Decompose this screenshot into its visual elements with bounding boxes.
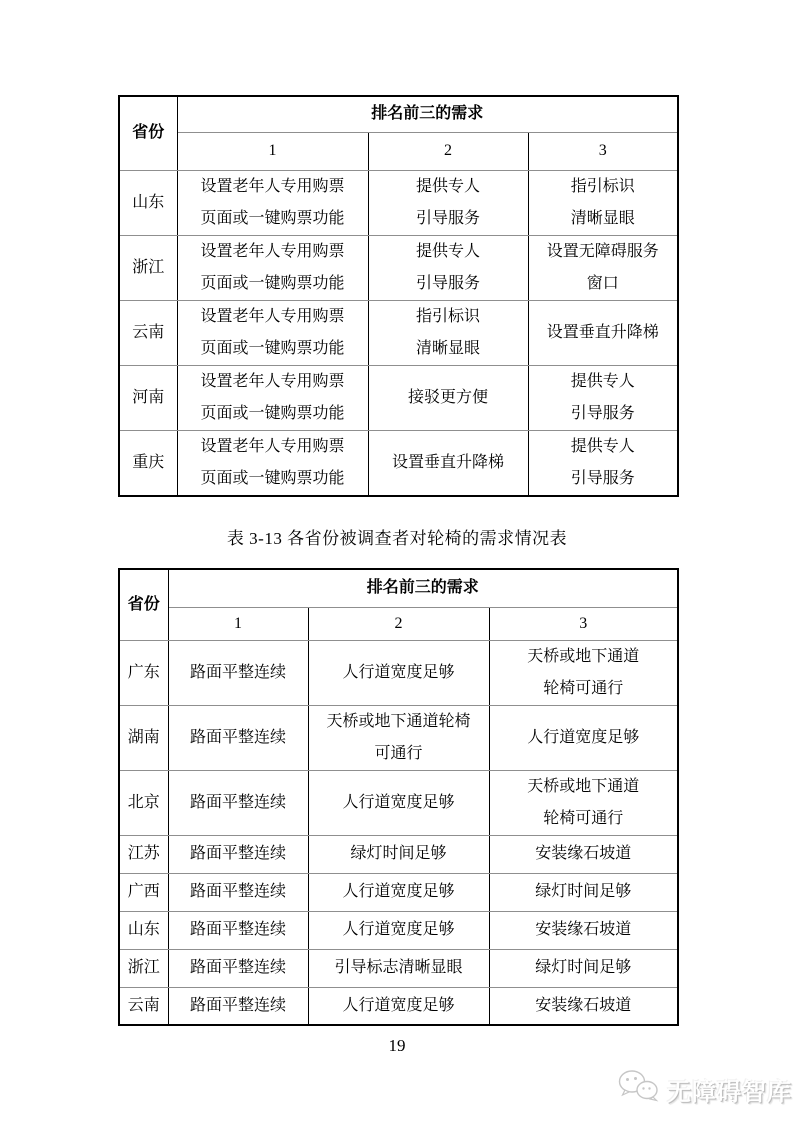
need-cell: 安装缘石坡道	[489, 987, 678, 1025]
province-cell: 浙江	[119, 235, 177, 300]
chat-bubbles-logo-icon	[616, 1068, 662, 1111]
need-cell: 设置老年人专用购票 页面或一键购票功能	[177, 170, 368, 235]
need-cell: 人行道宽度足够	[308, 640, 489, 705]
province-cell: 广西	[119, 873, 168, 911]
table-header-row: 省份 排名前三的需求	[119, 569, 678, 607]
table-row: 广西路面平整连续人行道宽度足够绿灯时间足够	[119, 873, 678, 911]
table-ticket-needs: 省份 排名前三的需求 1 2 3 山东设置老年人专用购票 页面或一键购票功能提供…	[118, 95, 679, 497]
table-row: 浙江设置老年人专用购票 页面或一键购票功能提供专人 引导服务设置无障碍服务 窗口	[119, 235, 678, 300]
need-cell: 天桥或地下通道 轮椅可通行	[489, 770, 678, 835]
document-page: { "caption": "表 3-13 各省份被调查者对轮椅的需求情况表", …	[0, 0, 794, 1123]
rank-2-header: 2	[368, 132, 528, 170]
table-row: 云南设置老年人专用购票 页面或一键购票功能指引标识 清晰显眼设置垂直升降梯	[119, 300, 678, 365]
need-cell: 设置垂直升降梯	[368, 430, 528, 496]
province-cell: 江苏	[119, 835, 168, 873]
need-cell: 指引标识 清晰显眼	[528, 170, 678, 235]
need-cell: 人行道宽度足够	[308, 770, 489, 835]
need-cell: 接驳更方便	[368, 365, 528, 430]
need-cell: 安装缘石坡道	[489, 911, 678, 949]
table-row: 广东路面平整连续人行道宽度足够天桥或地下通道 轮椅可通行	[119, 640, 678, 705]
need-cell: 绿灯时间足够	[489, 949, 678, 987]
province-cell: 湖南	[119, 705, 168, 770]
table-row: 云南路面平整连续人行道宽度足够安装缘石坡道	[119, 987, 678, 1025]
table-row: 江苏路面平整连续绿灯时间足够安装缘石坡道	[119, 835, 678, 873]
need-cell: 提供专人 引导服务	[368, 170, 528, 235]
table-row: 河南设置老年人专用购票 页面或一键购票功能接驳更方便提供专人 引导服务	[119, 365, 678, 430]
table-wheelchair-needs: 省份 排名前三的需求 1 2 3 广东路面平整连续人行道宽度足够天桥或地下通道 …	[118, 568, 679, 1026]
need-cell: 绿灯时间足够	[489, 873, 678, 911]
need-cell: 路面平整连续	[168, 770, 308, 835]
table-row: 湖南路面平整连续天桥或地下通道轮椅 可通行人行道宽度足够	[119, 705, 678, 770]
need-cell: 路面平整连续	[168, 835, 308, 873]
need-cell: 引导标志清晰显眼	[308, 949, 489, 987]
need-cell: 天桥或地下通道轮椅 可通行	[308, 705, 489, 770]
need-cell: 指引标识 清晰显眼	[368, 300, 528, 365]
need-cell: 路面平整连续	[168, 705, 308, 770]
need-cell: 提供专人 引导服务	[528, 430, 678, 496]
need-cell: 路面平整连续	[168, 640, 308, 705]
need-cell: 路面平整连续	[168, 911, 308, 949]
table-row: 北京路面平整连续人行道宽度足够天桥或地下通道 轮椅可通行	[119, 770, 678, 835]
need-cell: 安装缘石坡道	[489, 835, 678, 873]
watermark: 无障碍智库	[616, 1068, 792, 1110]
need-cell: 设置老年人专用购票 页面或一键购票功能	[177, 430, 368, 496]
province-cell: 广东	[119, 640, 168, 705]
need-cell: 设置无障碍服务 窗口	[528, 235, 678, 300]
page-number: 19	[0, 1036, 794, 1056]
need-cell: 人行道宽度足够	[308, 987, 489, 1025]
rank-1-header: 1	[168, 607, 308, 640]
need-cell: 设置老年人专用购票 页面或一键购票功能	[177, 235, 368, 300]
table-header-row: 省份 排名前三的需求	[119, 96, 678, 132]
rank-1-header: 1	[177, 132, 368, 170]
top-needs-header: 排名前三的需求	[177, 96, 678, 132]
table-caption: 表 3-13 各省份被调查者对轮椅的需求情况表	[0, 524, 794, 549]
need-cell: 设置老年人专用购票 页面或一键购票功能	[177, 365, 368, 430]
need-cell: 人行道宽度足够	[489, 705, 678, 770]
need-cell: 设置老年人专用购票 页面或一键购票功能	[177, 300, 368, 365]
top-needs-header: 排名前三的需求	[168, 569, 678, 607]
province-cell: 北京	[119, 770, 168, 835]
rank-3-header: 3	[528, 132, 678, 170]
watermark-text: 无障碍智库	[667, 1072, 792, 1107]
province-cell: 重庆	[119, 430, 177, 496]
province-header: 省份	[119, 96, 177, 170]
table-row: 山东路面平整连续人行道宽度足够安装缘石坡道	[119, 911, 678, 949]
province-cell: 浙江	[119, 949, 168, 987]
table-row: 重庆设置老年人专用购票 页面或一键购票功能设置垂直升降梯提供专人 引导服务	[119, 430, 678, 496]
need-cell: 设置垂直升降梯	[528, 300, 678, 365]
province-cell: 云南	[119, 987, 168, 1025]
province-cell: 山东	[119, 911, 168, 949]
province-cell: 山东	[119, 170, 177, 235]
need-cell: 绿灯时间足够	[308, 835, 489, 873]
province-cell: 河南	[119, 365, 177, 430]
need-cell: 路面平整连续	[168, 873, 308, 911]
need-cell: 路面平整连续	[168, 949, 308, 987]
table-row: 浙江路面平整连续引导标志清晰显眼绿灯时间足够	[119, 949, 678, 987]
rank-header-row: 1 2 3	[119, 132, 678, 170]
rank-2-header: 2	[308, 607, 489, 640]
need-cell: 提供专人 引导服务	[528, 365, 678, 430]
need-cell: 人行道宽度足够	[308, 873, 489, 911]
table-row: 山东设置老年人专用购票 页面或一键购票功能提供专人 引导服务指引标识 清晰显眼	[119, 170, 678, 235]
need-cell: 人行道宽度足够	[308, 911, 489, 949]
province-cell: 云南	[119, 300, 177, 365]
rank-header-row: 1 2 3	[119, 607, 678, 640]
rank-3-header: 3	[489, 607, 678, 640]
need-cell: 天桥或地下通道 轮椅可通行	[489, 640, 678, 705]
need-cell: 提供专人 引导服务	[368, 235, 528, 300]
need-cell: 路面平整连续	[168, 987, 308, 1025]
province-header: 省份	[119, 569, 168, 640]
